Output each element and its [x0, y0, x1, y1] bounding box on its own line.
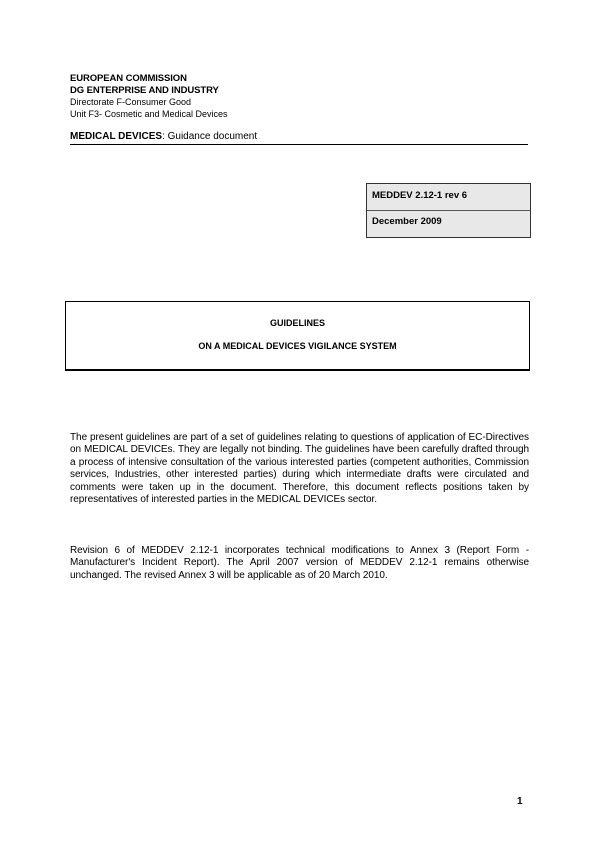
title-line-2: ON A MEDICAL DEVICES VIGILANCE SYSTEM: [66, 341, 529, 351]
title-box: GUIDELINES ON A MEDICAL DEVICES VIGILANC…: [65, 301, 530, 371]
document-type-line: MEDICAL DEVICES: Guidance document: [70, 131, 528, 145]
reference-number: MEDDEV 2.12-1 rev 6: [367, 184, 530, 210]
unit: Unit F3- Cosmetic and Medical Devices: [70, 109, 228, 121]
doc-type-rest: : Guidance document: [162, 131, 257, 142]
revision-paragraph: Revision 6 of MEDDEV 2.12-1 incorporates…: [70, 545, 529, 582]
org-name: EUROPEAN COMMISSION: [70, 73, 228, 85]
reference-box: MEDDEV 2.12-1 rev 6 December 2009: [366, 183, 531, 238]
doc-type-bold: MEDICAL DEVICES: [70, 131, 162, 142]
directorate: Directorate F-Consumer Good: [70, 97, 228, 109]
dg-name: DG ENTERPRISE AND INDUSTRY: [70, 85, 228, 97]
reference-date: December 2009: [367, 210, 530, 236]
intro-paragraph: The present guidelines are part of a set…: [70, 432, 529, 506]
title-line-1: GUIDELINES: [66, 318, 529, 328]
document-header: EUROPEAN COMMISSION DG ENTERPRISE AND IN…: [70, 73, 228, 120]
page-number: 1: [517, 796, 523, 807]
